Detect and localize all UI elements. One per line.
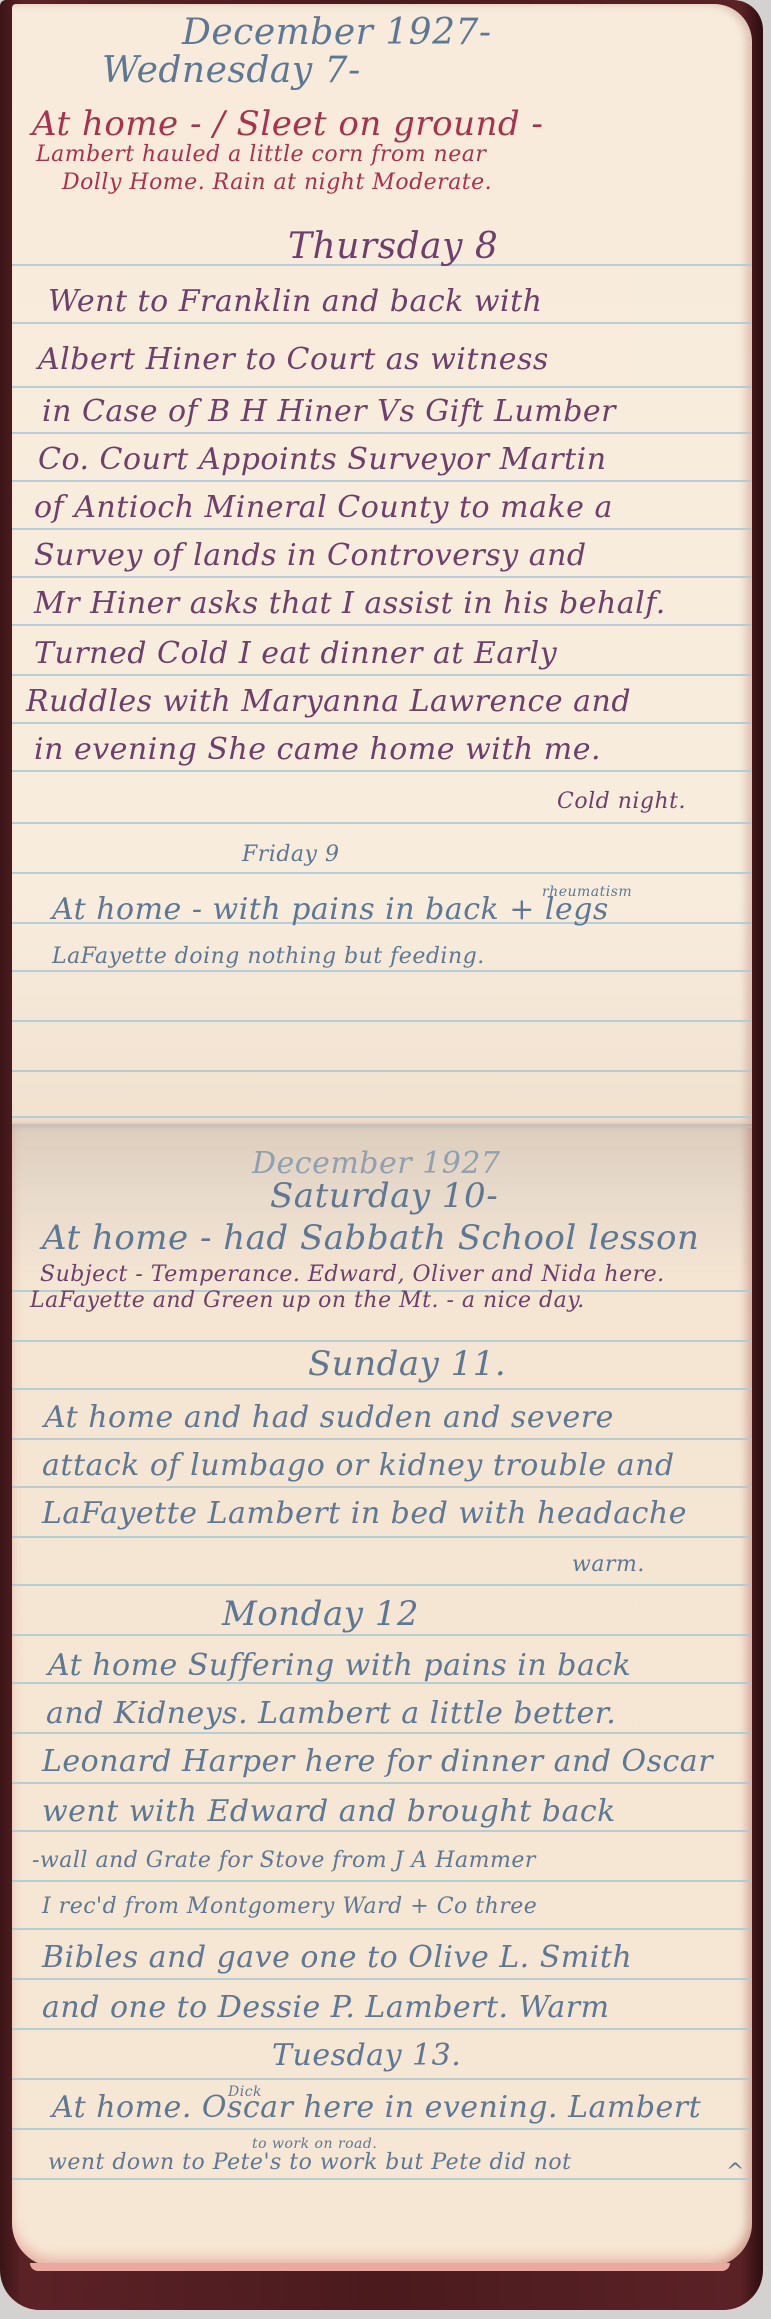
entry-line: in Case of B H Hiner Vs Gift Lumber — [42, 394, 616, 429]
entry-line: Leonard Harper here for dinner and Oscar — [42, 1744, 713, 1779]
rule-line — [12, 432, 752, 434]
entry-line: At home - / Sleet on ground - — [32, 104, 543, 144]
entry-line: went down to Pete's to work but Pete did… — [48, 2150, 572, 2175]
rule-line — [12, 2078, 752, 2080]
month-header: December 1927- — [182, 12, 492, 53]
rule-line — [12, 674, 752, 676]
weather-note: warm. — [572, 1552, 645, 1577]
rule-line — [12, 2128, 752, 2130]
entry-line: LaFayette Lambert in bed with headache — [42, 1496, 687, 1531]
rule-line — [12, 624, 752, 626]
rule-line — [12, 1732, 752, 1734]
rule-line — [12, 1020, 752, 1022]
entry-line: I rec'd from Montgomery Ward + Co three — [42, 1894, 537, 1919]
rule-line — [12, 322, 752, 324]
entry-line: Turned Cold I eat dinner at Early — [34, 636, 557, 671]
entry-line: Co. Court Appoints Surveyor Martin — [38, 442, 607, 477]
entry-line: went with Edward and brought back — [42, 1794, 616, 1829]
rule-line — [12, 1070, 752, 1072]
entry-line: Survey of lands in Controversy and — [34, 538, 587, 573]
rule-line — [12, 1340, 752, 1342]
entry-line: At home. Oscar here in evening. Lambert — [52, 2090, 701, 2125]
entry-line: Mr Hiner asks that I assist in his behal… — [34, 586, 666, 621]
entry-line: Bibles and gave one to Olive L. Smith — [42, 1940, 632, 1975]
entry-line: and Kidneys. Lambert a little better. — [46, 1696, 616, 1731]
rule-line — [12, 1116, 752, 1118]
rule-line — [12, 770, 752, 772]
diary-scan: December 1927- Wednesday 7- At home - / … — [0, 0, 771, 2319]
rule-line — [12, 2178, 752, 2180]
entry-line: and one to Dessie P. Lambert. Warm — [42, 1990, 610, 2025]
rule-line — [12, 1634, 752, 1636]
entry-line: At home - had Sabbath School lesson — [42, 1218, 699, 1258]
day-heading-wednesday: Wednesday 7- — [102, 50, 361, 91]
page-edge — [30, 2263, 730, 2271]
rule-line — [12, 576, 752, 578]
rule-line — [12, 1388, 752, 1390]
day-heading-thursday: Thursday 8 — [288, 226, 498, 267]
weather-note: Cold night. — [557, 789, 686, 814]
rule-line — [12, 1830, 752, 1832]
entry-line: Dolly Home. Rain at night Moderate. — [62, 170, 492, 195]
rule-line — [12, 1486, 752, 1488]
rule-line — [12, 872, 752, 874]
diary-page-top: December 1927- Wednesday 7- At home - / … — [12, 4, 752, 1124]
day-heading-saturday: Saturday 10- — [270, 1176, 498, 1216]
day-heading-tuesday: Tuesday 13. — [272, 2038, 461, 2073]
rule-line — [12, 480, 752, 482]
entry-line: in evening She came home with me. — [34, 732, 601, 767]
entry-line: -wall and Grate for Stove from J A Hamme… — [32, 1848, 536, 1873]
entry-line: attack of lumbago or kidney trouble and — [42, 1448, 675, 1483]
rule-line — [12, 1880, 752, 1882]
rule-line — [12, 1978, 752, 1980]
day-heading-friday: Friday 9 — [242, 842, 339, 867]
caret-mark: ^ — [726, 2160, 745, 2185]
entry-line: LaFayette doing nothing but feeding. — [52, 944, 485, 969]
rule-line — [12, 1536, 752, 1538]
entry-line: Went to Franklin and back with — [48, 284, 543, 319]
rule-line — [12, 822, 752, 824]
rule-line — [12, 2028, 752, 2030]
entry-line: Subject - Temperance. Edward, Oliver and… — [40, 1262, 665, 1287]
rule-line — [12, 722, 752, 724]
rule-line — [12, 1782, 752, 1784]
entry-line: At home and had sudden and severe — [44, 1400, 614, 1435]
entry-line: Lambert hauled a little corn from near — [36, 142, 486, 167]
rule-line — [12, 970, 752, 972]
entry-line: At home - with pains in back + legs — [52, 892, 609, 927]
rule-line — [12, 386, 752, 388]
rule-line — [12, 1438, 752, 1440]
diary-page-bottom: December 1927 Saturday 10- At home - had… — [12, 1124, 752, 2267]
entry-line: of Antioch Mineral County to make a — [34, 490, 613, 525]
entry-line: LaFayette and Green up on the Mt. - a ni… — [30, 1288, 585, 1313]
rule-line — [12, 528, 752, 530]
day-heading-monday: Monday 12 — [222, 1594, 419, 1634]
entry-line: Albert Hiner to Court as witness — [38, 342, 549, 377]
rule-line — [12, 1126, 752, 1128]
rule-line — [12, 1584, 752, 1586]
entry-line: At home Suffering with pains in back — [48, 1648, 631, 1683]
day-heading-sunday: Sunday 11. — [308, 1344, 506, 1384]
rule-line — [12, 1928, 752, 1930]
entry-line: Ruddles with Maryanna Lawrence and — [26, 684, 631, 719]
